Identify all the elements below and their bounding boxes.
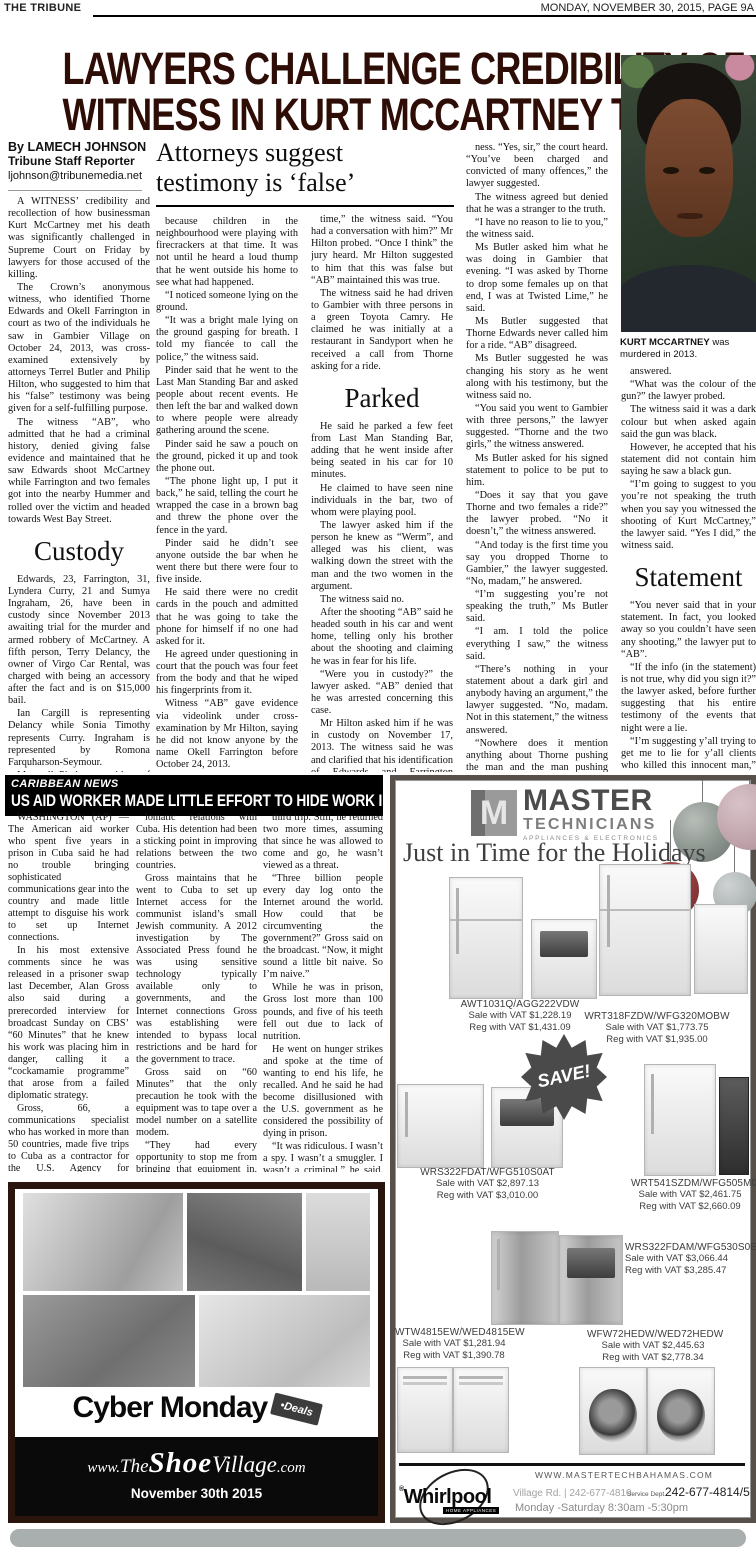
fridge-image [449,877,523,999]
shoe-village-ad: Cyber Monday•Deals www.TheShoeVillage.co… [8,1182,385,1523]
article-paragraph: He agreed under questioning in court tha… [156,649,298,698]
article-paragraph: “Does it say that you gave Thorne and tw… [466,490,608,539]
master-logo-icon: M [471,790,517,836]
ad-photo [199,1295,370,1387]
article-paragraph: Edwards, 23, Farrington, 31, Lyndera Cur… [8,574,150,708]
article-paragraph: WASHINGTON (AP) — The American aid worke… [8,812,129,944]
article-paragraph: Ms Butler suggested that Thorne Edwards … [466,316,608,352]
french-door-fridge-image [397,1084,484,1168]
pull-quote-line-2: testimony is ‘false’ [156,168,456,198]
article-paragraph: The witness said no. [311,594,453,606]
section-kicker: CARIBBEAN NEWS [11,778,377,790]
article-paragraph: “I’m going to suggest to you you’re not … [621,479,756,552]
range-image [531,919,597,999]
service-dept-label: Service Dept. [627,1491,666,1498]
article-column-3: time,” the witness said. “You had a conv… [311,214,453,772]
section-subhead: Custody [8,536,150,567]
product-sale-price: Sale with VAT $2,445.63 [587,1340,719,1352]
byline-email: ljohnson@tribunemedia.net [8,170,150,182]
article-paragraph: ness. “Yes, sir,” the court heard. “You’… [466,142,608,191]
product-reg-price: Reg with VAT $2,778.34 [587,1352,719,1364]
article-column-2: because children in the neighbourhood we… [156,216,298,772]
article-paragraph: While he was in prison, Gross lost more … [263,982,383,1042]
cuba-column-2: lomatic relations with Cuba. His detenti… [136,812,257,1172]
article-paragraph: “It was a bright male lying on the groun… [156,315,298,364]
ad-photo [23,1193,183,1291]
article-paragraph: “Nowhere does it mention anything about … [466,738,608,772]
page-bottom-bar [10,1529,746,1547]
article-paragraph: Ian Cargill is representing Delancy whil… [8,708,150,769]
product-model: WRS322FDAM/WFG530S0ES [625,1242,751,1253]
product-listing: WRT318FZDW/WFG320MOBW Sale with VAT $1,7… [567,1011,747,1046]
product-listing: WRS322FDAT/WFG510S0AT Sale with VAT $2,8… [395,1167,580,1202]
article-paragraph: He went on hunger strikes and spoke at t… [263,1044,383,1140]
ad-footer-divider [399,1463,745,1466]
article-paragraph: The witness said he had driven to Gambie… [311,288,453,373]
article-paragraph: The witness “AB”, who admitted that he h… [8,417,150,526]
stainless-fridge-image [491,1231,559,1325]
article-paragraph: Witness “AB” gave evidence via videolink… [156,698,298,771]
master-website: WWW.MASTERTECHBAHAMAS.COM [499,1470,749,1480]
photo-eye [699,167,715,174]
ad-photo [23,1295,195,1387]
article-paragraph: “I am. I told the police everything I sa… [466,626,608,662]
product-sale-price: Sale with VAT $1,773.75 [567,1022,747,1034]
photo-eye [663,167,679,174]
article-paragraph: He claimed to have seen nine individuals… [311,483,453,519]
article-paragraph: “What was the colour of the gun?” the la… [621,379,756,403]
product-model: WRT318FZDW/WFG320MOBW [567,1011,747,1022]
article-column-1: A WITNESS’ credibility and recollection … [8,196,150,772]
deals-tag: •Deals [270,1393,323,1426]
shoe-village-logo: www.TheShoeVillage.com [15,1447,378,1480]
product-reg-price: Reg with VAT $3,010.00 [395,1190,580,1202]
photo-caption-name: KURT MCCARTNEY [620,337,710,348]
article-paragraph: lomatic relations with Cuba. His detenti… [136,812,257,872]
article-paragraph: He said there were no credit cards in th… [156,587,298,648]
product-listing: WTW4815EW/WED4815EW Sale with VAT $1,281… [395,1327,513,1362]
byline-block: By LAMECH JOHNSON Tribune Staff Reporter… [8,140,150,191]
photo-mouth [677,213,703,219]
shoe-village-footer: www.TheShoeVillage.com November 30th 201… [15,1437,378,1516]
product-sale-price: Sale with VAT $2,897.13 [395,1178,580,1190]
cyber-monday-title: Cyber Monday [73,1391,268,1425]
article-paragraph: Pinder said he didn’t see anyone outside… [156,538,298,587]
top-load-dryer-image [453,1367,509,1453]
top-load-washer-image [397,1367,453,1453]
whirlpool-wordmark: ®Whirlpool [399,1486,491,1509]
cyber-monday-strip: Cyber Monday•Deals [15,1391,378,1437]
product-reg-price: Reg with VAT $1,935.00 [567,1034,747,1046]
article-paragraph: “Were you in custody?” the lawyer asked.… [311,669,453,718]
logo-village: Village [212,1452,277,1477]
article-paragraph: Ms Butler asked for his signed statement… [466,453,608,489]
logo-shoe: Shoe [149,1447,213,1479]
ad-photo [306,1193,370,1291]
byline-title: Tribune Staff Reporter [8,154,150,168]
article-paragraph: Maxwell Pinder, a resident of Gambier, t… [8,770,150,772]
article-paragraph: time,” the witness said. “You had a conv… [311,214,453,287]
product-model: WRS322FDAT/WFG510S0AT [395,1167,580,1178]
upright-freezer-image [644,1064,716,1176]
article-paragraph: “The phone light up, I put it back,” he … [156,476,298,537]
section-subhead: Statement [621,562,756,593]
headline-line-1: LAWYERS CHALLENGE CREDIBILITY OF [63,46,563,92]
product-sale-price: Sale with VAT $1,281.94 [395,1338,513,1350]
front-load-dryer-image [647,1367,715,1455]
article-paragraph: “Three billion people every day log onto… [263,873,383,981]
article-paragraph: Gross said on “60 Minutes” that the only… [136,1067,257,1139]
article-paragraph: answered. [621,366,756,378]
product-listing: WRS322FDAM/WFG530S0ES Sale with VAT $3,0… [625,1242,751,1277]
pull-quote: Attorneys suggest testimony is ‘false’ [156,138,456,207]
article-paragraph: A WITNESS’ credibility and recollection … [8,196,150,281]
article-paragraph: The Crown’s anonymous witness, who ident… [8,282,150,416]
article-paragraph: “I noticed someone lying on the ground. [156,290,298,314]
ornament-string [702,780,703,804]
freezer-image [694,904,748,994]
logo-www: www. [87,1460,120,1476]
whirlpool-text: Whirlpool [404,1486,492,1508]
article-paragraph: “You never said that in your statement. … [621,600,756,661]
article-paragraph: However, he accepted that his statement … [621,442,756,478]
article-paragraph: “If the info (in the statement) is not t… [621,662,756,735]
photo-shirt [621,265,756,332]
article-paragraph: “And today is the first time you say you… [466,540,608,589]
fridge-image [599,864,691,996]
article-paragraph: Mr Hilton asked him if he was in custody… [311,718,453,772]
newspaper-page: THE TRIBUNE MONDAY, NOVEMBER 30, 2015, P… [0,0,756,1547]
headline-line-2: WITNESS IN KURT MCCARTNEY TRIAL [63,92,563,138]
byline-rule [8,190,142,191]
header-rule [93,15,756,17]
article-paragraph: He said he parked a few feet from Last M… [311,421,453,482]
article-paragraph: In his most extensive comments since he … [8,945,129,1101]
cuba-column-1: WASHINGTON (AP) — The American aid worke… [8,812,129,1172]
dateline: MONDAY, NOVEMBER 30, 2015, PAGE 9A [541,2,754,14]
whirlpool-logo: ®Whirlpool HOME APPLIANCES [399,1478,509,1518]
master-hours: Monday -Saturday 8:30am -5:30pm [515,1502,688,1514]
photo-caption: KURT MCCARTNEY was murdered in 2013. [620,337,756,361]
article-paragraph: Pinder said that he went to the Last Man… [156,365,298,438]
caribbean-news-header: CARIBBEAN NEWS US AID WORKER MADE LITTLE… [5,775,383,816]
master-address-phone: Village Rd. | 242-677-4810 [513,1488,632,1499]
save-badge-label: SAVE! [520,1057,608,1095]
article-paragraph: “I’m suggesting you’re not speaking the … [466,589,608,625]
master-technicians-ad: M MASTER TECHNICIANS APPLIANCES & ELECTR… [390,775,756,1523]
product-reg-price: Reg with VAT $1,390.78 [395,1350,513,1362]
article-paragraph: Gross maintains that he went to Cuba to … [136,873,257,1066]
article-paragraph: The lawyer asked him if the person he kn… [311,520,453,593]
product-listing: WRT541SZDM/WFG505M0BS Sale with VAT $2,4… [631,1178,749,1213]
article-paragraph: After the shooting “AB” said he headed s… [311,607,453,668]
article-column-4: ness. “Yes, sir,” the court heard. “You’… [466,142,608,772]
product-reg-price: Reg with VAT $3,285.47 [625,1265,751,1277]
cuba-column-3: third trip. Still, he returned two more … [263,812,383,1172]
pull-quote-rule [156,205,454,207]
article-column-5: answered.“What was the colour of the gun… [621,366,756,772]
front-load-washer-image [579,1367,647,1455]
cuba-headline: US AID WORKER MADE LITTLE EFFORT TO HIDE… [11,792,315,811]
article-paragraph: Ms Butler suggested he was changing his … [466,353,608,402]
product-sale-price: Sale with VAT $3,066.44 [625,1253,751,1265]
wall-oven-image [719,1077,749,1175]
article-paragraph: Gross, 66, a communications specialist w… [8,1103,129,1172]
photo-kurt-mccartney [621,55,756,332]
product-model: WTW4815EW/WED4815EW [395,1327,513,1338]
article-paragraph: Ms Butler asked him what he was doing in… [466,242,608,315]
product-listing: WFW72HEDW/WED72HEDW Sale with VAT $2,445… [587,1329,719,1364]
brand-master: MASTER [523,786,703,816]
logo-the: The [120,1456,149,1477]
article-paragraph: The witness said it was a dark colour bu… [621,404,756,440]
section-subhead: Parked [311,383,453,414]
stainless-range-image [559,1235,623,1325]
product-model: AWT1031Q/AGG222VDW [435,999,605,1010]
service-dept-phone: 242-677-4814/5 [665,1485,750,1499]
product-model: WRT541SZDM/WFG505M0BS [631,1178,749,1189]
pull-quote-line-1: Attorneys suggest [156,138,456,168]
article-paragraph: The witness agreed but denied that he wa… [466,192,608,216]
article-paragraph: Pinder said he saw a pouch on the ground… [156,439,298,475]
whirlpool-subtitle: HOME APPLIANCES [443,1507,499,1514]
paper-name: THE TRIBUNE [4,2,81,14]
product-sale-price: Sale with VAT $2,461.75 [631,1189,749,1201]
main-headline: LAWYERS CHALLENGE CREDIBILITY OF WITNESS… [0,46,625,138]
article-paragraph: “It was ridiculous. I wasn’t a spy. I wa… [263,1141,383,1172]
byline-author: By LAMECH JOHNSON [8,140,150,154]
article-paragraph: “You said you went to Gambier with three… [466,403,608,452]
article-paragraph: “They had every opportunity to stop me f… [136,1140,257,1172]
ad-photo [187,1193,302,1291]
logo-com: .com [277,1460,306,1476]
article-paragraph: “There’s nothing in your statement about… [466,664,608,737]
shoe-ad-date: November 30th 2015 [15,1486,378,1501]
article-paragraph: because children in the neighbourhood we… [156,216,298,289]
article-paragraph: third trip. Still, he returned two more … [263,812,383,872]
product-model: WFW72HEDW/WED72HEDW [587,1329,719,1340]
article-paragraph: “I’m suggesting y’all trying to get me t… [621,736,756,772]
article-paragraph: “I have no reason to lie to you,” the wi… [466,217,608,241]
product-reg-price: Reg with VAT $2,660.09 [631,1201,749,1213]
